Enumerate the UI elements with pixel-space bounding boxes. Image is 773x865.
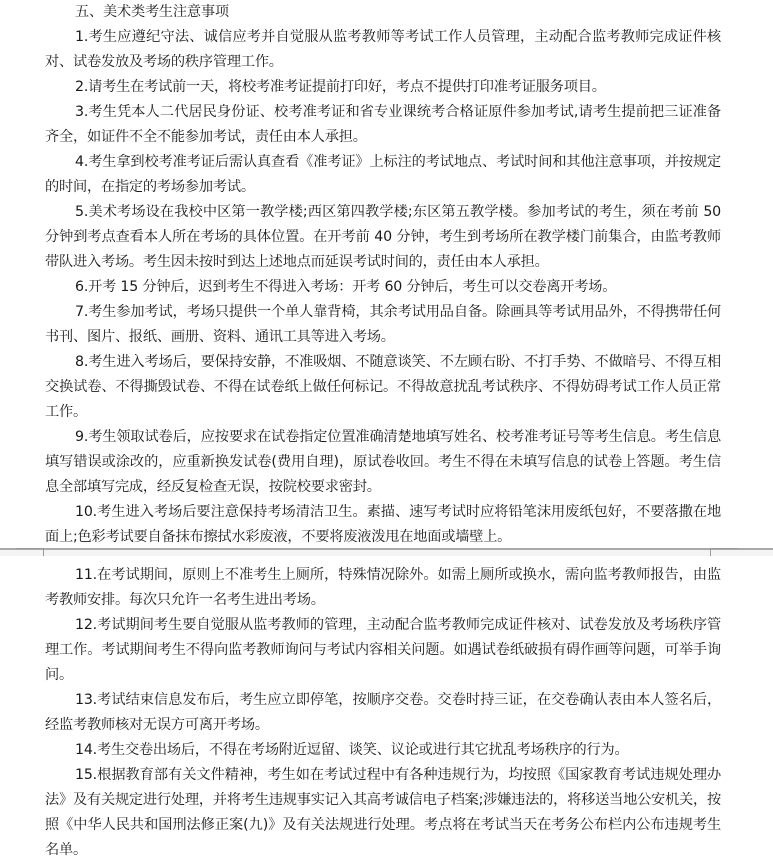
page-1-text: 五、美术类考生注意事项 1.考生应遵纪守法、诚信应考并自觉服从监考教师等考试工作… (45, 0, 721, 550)
notice-item-4: 4.考生拿到校考准考证后需认真查看《准考证》上标注的考试地点、考试时间和其他注意… (45, 150, 721, 200)
notice-item-10: 10.考生进入考场后要注意保持考场清洁卫生。素描、速写考试时应将铅笔沫用废纸包好… (45, 500, 721, 550)
page-break-divider (0, 548, 773, 556)
notice-item-7: 7.考生参加考试，考场只提供一个单人靠背椅，其余考试用品自备。除画具等考试用品外… (45, 300, 721, 350)
notice-item-12: 12.考试期间考生要自觉服从监考教师的管理，主动配合监考教师完成证件核对、试卷发… (45, 613, 721, 688)
notice-item-1: 1.考生应遵纪守法、诚信应考并自觉服从监考教师等考试工作人员管理，主动配合监考教… (45, 25, 721, 75)
section-heading: 五、美术类考生注意事项 (45, 0, 721, 25)
notice-item-6: 6.开考 15 分钟后，迟到考生不得进入考场：开考 60 分钟后，考生可以交卷离… (45, 275, 721, 300)
document-page-1: 五、美术类考生注意事项 1.考生应遵纪守法、诚信应考并自觉服从监考教师等考试工作… (0, 0, 773, 548)
notice-item-3: 3.考生凭本人二代居民身份证、校考准考证和省专业课统考合格证原件参加考试,请考生… (45, 100, 721, 150)
notice-item-9: 9.考生领取试卷后，应按要求在试卷指定位置准确清楚地填写姓名、校考准考证号等考生… (45, 425, 721, 500)
notice-item-13: 13.考试结束信息发布后，考生应立即停笔，按顺序交卷。交卷时持三证，在交卷确认表… (45, 688, 721, 738)
page-2-text: 11.在考试期间，原则上不准考生上厕所，特殊情况除外。如需上厕所或换水，需向监考… (45, 563, 721, 863)
document-page-2: 11.在考试期间，原则上不准考生上厕所，特殊情况除外。如需上厕所或换水，需向监考… (0, 556, 773, 865)
notice-item-11: 11.在考试期间，原则上不准考生上厕所，特殊情况除外。如需上厕所或换水，需向监考… (45, 563, 721, 613)
notice-item-14: 14.考生交卷出场后，不得在考场附近逗留、谈笑、议论或进行其它扰乱考场秩序的行为… (45, 738, 721, 763)
notice-item-2: 2.请考生在考试前一天，将校考准考证提前打印好，考点不提供打印准考证服务项目。 (45, 75, 721, 100)
notice-item-5: 5.美术考场设在我校中区第一教学楼;西区第四教学楼;东区第五教学楼。参加考试的考… (45, 200, 721, 275)
notice-item-8: 8.考生进入考场后，要保持安静，不准吸烟、不随意谈笑、不左顾右盼、不打手势、不做… (45, 350, 721, 425)
notice-item-15: 15.根据教育部有关文件精神，考生如在考试过程中有各种违规行为，均按照《国家教育… (45, 763, 721, 863)
